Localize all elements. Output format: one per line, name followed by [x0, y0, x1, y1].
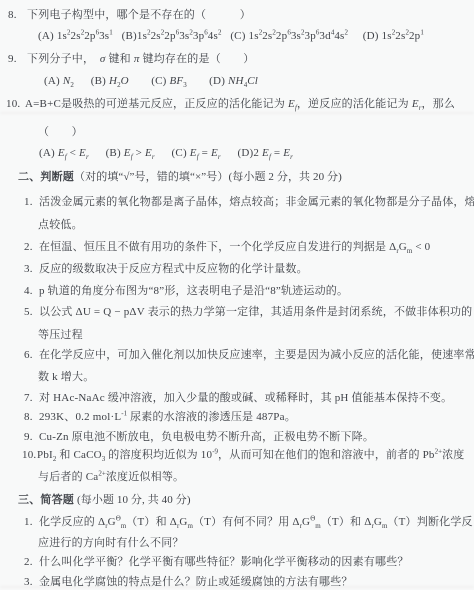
judgment-item-9-number: 9. [24, 430, 39, 444]
judgment-item-6-number: 6. [24, 348, 39, 362]
short-answer-item-2: 2.什么叫化学平衡？化学平衡有哪些特征？影响化学平衡移动的因素有哪些？ [24, 555, 409, 569]
judgment-item-8-text: 293K、0.2 mol·L-1 尿素的水溶液的渗透压是 487Pa。 [39, 411, 296, 423]
judgment-item-1-text: 活泼金属元素的氧化物都是离子晶体，熔点较高；非金属元素的氧化物都是分子晶体，熔 [39, 196, 474, 208]
question-9-options: (A) N2 (B) H2O (C) BF3 (D) NH4Cl [44, 74, 258, 88]
short-answer-item-1-number: 1. [24, 515, 39, 529]
judgment-item-3-text: 反应的级数取决于反应方程式中反应物的化学计量数。 [39, 263, 308, 275]
judgment-item-8-number: 8. [24, 410, 39, 424]
short-answer-section-title: 简答题 [40, 494, 74, 506]
judgment-item-5-text: 以公式 ΔU = Q − pΔV 表示的热力学第一定律，其适用条件是封闭系统，不… [39, 306, 472, 318]
judgment-item-2: 2.在恒温、恒压且不做有用功的条件下，一个化学反应自发进行的判据是 ΔrGm <… [24, 240, 430, 254]
question-8-options: (A) 1s22s22p63s1 (B)1s22s22p63s23p64s2 (… [38, 29, 424, 43]
question-8-number: 8. [8, 8, 27, 22]
exam-paper: 8.下列电子构型中，哪个是不存在的（ ） (A) 1s22s22p63s1 (B… [0, 0, 474, 590]
question-9-row: 9.下列分子中， σ 键和 π 键均存在的是（ ） [8, 52, 255, 66]
judgment-item-4-number: 4. [24, 284, 39, 298]
judgment-item-3: 3.反应的级数取决于反应方程式中反应物的化学计量数。 [24, 262, 308, 276]
short-answer-item-2-text: 什么叫化学平衡？化学平衡有哪些特征？影响化学平衡移动的因素有哪些？ [39, 556, 409, 568]
short-answer-item-1-continued: 应进行的方向时有什么不同？ [38, 536, 184, 550]
judgment-item-10-continued: 与后者的 Ca2+浓度近似相等。 [38, 470, 184, 484]
judgment-item-1-number: 1. [24, 195, 39, 209]
question-9-number: 9. [8, 52, 27, 66]
judgment-section-note: （对的填“√”号，错的填“×”号）(每小题 2 分，共 20 分) [74, 171, 342, 183]
judgment-item-7-text: 对 HAc-NaAc 缓冲溶液，加入少量的酸或碱、或稀释时，其 pH 值能基本保… [39, 392, 452, 404]
short-answer-item-1: 1.化学反应的 ΔrGΘm（T）和 ΔrGm（T）有何不同？用 ΔrGΘm（T）… [24, 515, 473, 529]
short-answer-section-number: 三、 [18, 494, 40, 506]
judgment-item-6-text: 在化学反应中，可加入催化剂以加快反应速率，主要是因为减小反应的活化能，使速率常 [39, 349, 474, 361]
judgment-item-2-text: 在恒温、恒压且不做有用功的条件下，一个化学反应自发进行的判据是 ΔrGm < 0 [39, 241, 430, 253]
question-10-row: 10.A=B+C是吸热的可逆基元反应，正反应的活化能记为 Ef，逆反应的活化能记… [6, 97, 455, 111]
question-10-stem: A=B+C是吸热的可逆基元反应，正反应的活化能记为 Ef，逆反应的活化能记为 E… [25, 98, 455, 110]
judgment-item-4-text: p 轨道的角度分布图为“8”形，这表明电子是沿“8”轨迹运动的。 [39, 285, 348, 297]
judgment-item-8: 8.293K、0.2 mol·L-1 尿素的水溶液的渗透压是 487Pa。 [24, 410, 296, 424]
judgment-item-5: 5.以公式 ΔU = Q − pΔV 表示的热力学第一定律，其适用条件是封闭系统… [24, 305, 472, 319]
judgment-item-10-number: 10. [22, 448, 37, 462]
judgment-item-10-text: PbI2 和 CaCO3 的溶度积均近似为 10-9，从而可知在他们的饱和溶液中… [37, 449, 464, 461]
judgment-section-heading: 二、判断题（对的填“√”号，错的填“×”号）(每小题 2 分，共 20 分) [18, 170, 342, 184]
question-10-options: (A) Ef < Er (B) Ef > Er (C) Ef = Er (D)2… [39, 146, 293, 160]
short-answer-item-3-number: 3. [24, 575, 39, 589]
judgment-item-10: 10.PbI2 和 CaCO3 的溶度积均近似为 10-9，从而可知在他们的饱和… [22, 448, 464, 462]
judgment-item-2-number: 2. [24, 240, 39, 254]
judgment-item-6-continued: 数 k 增大。 [38, 370, 94, 384]
judgment-item-5-continued: 等压过程 [38, 328, 83, 342]
short-answer-item-3: 3.金属电化学腐蚀的特点是什么？防止或延缓腐蚀的方法有哪些？ [24, 575, 353, 589]
judgment-item-9: 9.Cu-Zn 原电池不断放电，负电极电势不断升高，正极电势不断下降。 [24, 430, 374, 444]
question-8-row: 8.下列电子构型中，哪个是不存在的（ ） [8, 8, 251, 22]
judgment-item-5-number: 5. [24, 305, 39, 319]
short-answer-section-note: (每小题 10 分, 共 40 分) [77, 494, 191, 506]
judgment-item-1: 1.活泼金属元素的氧化物都是离子晶体，熔点较高；非金属元素的氧化物都是分子晶体，… [24, 195, 474, 209]
question-8-stem: 下列电子构型中，哪个是不存在的（ ） [27, 9, 251, 21]
judgment-item-6: 6.在化学反应中，可加入催化剂以加快反应速率，主要是因为减小反应的活化能，使速率… [24, 348, 474, 362]
judgment-section-number: 二、 [18, 171, 40, 183]
short-answer-item-2-number: 2. [24, 555, 39, 569]
judgment-section-title: 判断题 [40, 171, 74, 183]
question-10-number: 10. [6, 97, 25, 111]
short-answer-item-1-text: 化学反应的 ΔrGΘm（T）和 ΔrGm（T）有何不同？用 ΔrGΘm（T）和 … [39, 516, 473, 528]
question-9-stem: 下列分子中， σ 键和 π 键均存在的是（ ） [27, 53, 255, 65]
short-answer-item-3-text: 金属电化学腐蚀的特点是什么？防止或延缓腐蚀的方法有哪些？ [39, 576, 353, 588]
judgment-item-4: 4.p 轨道的角度分布图为“8”形，这表明电子是沿“8”轨迹运动的。 [24, 284, 348, 298]
judgment-item-1-continued: 点较低。 [38, 218, 83, 232]
scan-artifact [0, 112, 474, 114]
judgment-item-3-number: 3. [24, 262, 39, 276]
judgment-item-7-number: 7. [24, 391, 39, 405]
judgment-item-9-text: Cu-Zn 原电池不断放电，负电极电势不断升高，正极电势不断下降。 [39, 431, 374, 443]
short-answer-section-heading: 三、简答题 (每小题 10 分, 共 40 分) [18, 493, 191, 507]
question-10-answer-blank: （ ） [38, 125, 83, 139]
judgment-item-7: 7.对 HAc-NaAc 缓冲溶液，加入少量的酸或碱、或稀释时，其 pH 值能基… [24, 391, 452, 405]
